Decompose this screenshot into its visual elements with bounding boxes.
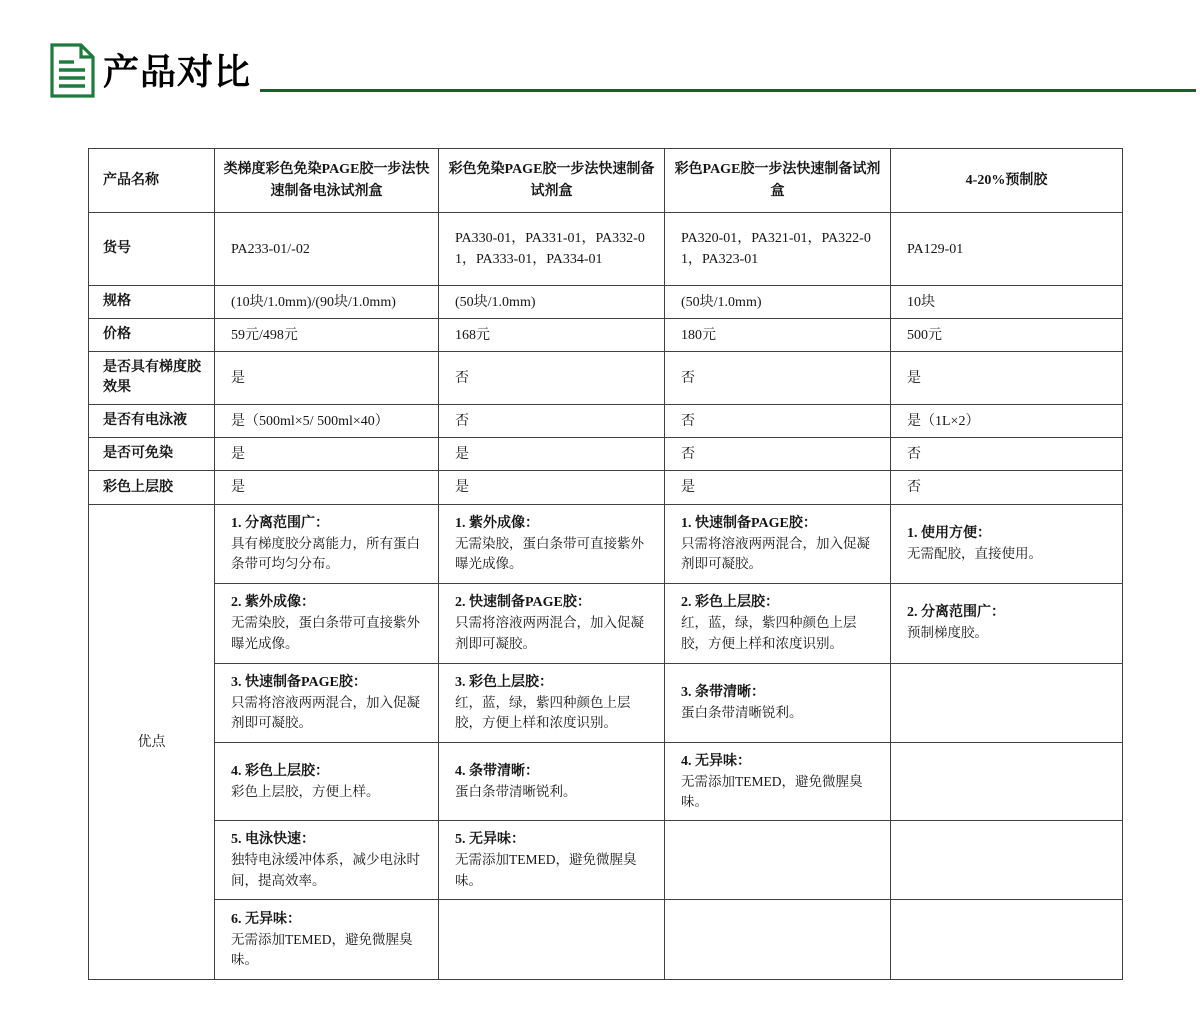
- cell-value: 59元/498元: [215, 319, 439, 352]
- advantage-title: 1. 使用方便：: [907, 523, 1110, 544]
- advantage-desc: 无需配胶，直接使用。: [907, 544, 1110, 564]
- cell-value: PA330-01，PA331-01，PA332-01，PA333-01，PA33…: [439, 213, 665, 286]
- advantage-title: 6. 无异味：: [231, 909, 426, 930]
- cell-value: (50块/1.0mm): [665, 286, 891, 319]
- row-label: 是否有电泳液: [89, 405, 215, 438]
- advantage-cell: 3. 彩色上层胶： 红，蓝，绿，紫四种颜色上层胶，方便上样和浓度识别。: [439, 663, 665, 742]
- advantage-title: 4. 无异味：: [681, 751, 878, 772]
- advantage-cell: 4. 彩色上层胶： 彩色上层胶，方便上样。: [215, 742, 439, 821]
- advantage-cell: [891, 663, 1123, 742]
- advantage-cell: 1. 快速制备PAGE胶： 只需将溶液两两混合，加入促凝剂即可凝胶。: [665, 505, 891, 584]
- advantage-title: 3. 彩色上层胶：: [455, 672, 652, 693]
- advantage-title: 2. 彩色上层胶：: [681, 592, 878, 613]
- advantage-desc: 只需将溶液两两混合，加入促凝剂即可凝胶。: [681, 534, 878, 575]
- advantage-desc: 彩色上层胶，方便上样。: [231, 782, 426, 802]
- advantage-cell: 3. 条带清晰： 蛋白条带清晰锐利。: [665, 663, 891, 742]
- advantage-title: 5. 无异味：: [455, 829, 652, 850]
- row-label: 货号: [89, 213, 215, 286]
- advantage-cell: 1. 使用方便： 无需配胶，直接使用。: [891, 505, 1123, 584]
- row-label: 是否具有梯度胶效果: [89, 352, 215, 405]
- row-label: 彩色上层胶: [89, 471, 215, 505]
- advantage-cell: 5. 无异味： 无需添加TEMED，避免微腥臭味。: [439, 821, 665, 900]
- advantage-row-3: 3. 快速制备PAGE胶： 只需将溶液两两混合，加入促凝剂即可凝胶。 3. 彩色…: [89, 663, 1123, 742]
- cell-value: 否: [439, 405, 665, 438]
- cell-value: 是: [439, 438, 665, 471]
- advantage-cell: 6. 无异味： 无需添加TEMED，避免微腥臭味。: [215, 900, 439, 980]
- column-header-product-1: 类梯度彩色免染PAGE胶一步法快速制备电泳试剂盒: [215, 149, 439, 213]
- row-label: 价格: [89, 319, 215, 352]
- cell-value: 是（1L×2）: [891, 405, 1123, 438]
- table-header-row: 产品名称 类梯度彩色免染PAGE胶一步法快速制备电泳试剂盒 彩色免染PAGE胶一…: [89, 149, 1123, 213]
- table-row-stain-free: 是否可免染 是 是 否 否: [89, 438, 1123, 471]
- advantage-cell: 5. 电泳快速： 独特电泳缓冲体系，减少电泳时间，提高效率。: [215, 821, 439, 900]
- advantage-desc: 无需染胶，蛋白条带可直接紫外曝光成像。: [455, 534, 652, 575]
- advantage-cell: 1. 紫外成像： 无需染胶，蛋白条带可直接紫外曝光成像。: [439, 505, 665, 584]
- advantage-desc: 预制梯度胶。: [907, 623, 1110, 643]
- advantage-row-5: 5. 电泳快速： 独特电泳缓冲体系，减少电泳时间，提高效率。 5. 无异味： 无…: [89, 821, 1123, 900]
- table-row-item-number: 货号 PA233-01/-02 PA330-01，PA331-01，PA332-…: [89, 213, 1123, 286]
- column-header-product-2: 彩色免染PAGE胶一步法快速制备试剂盒: [439, 149, 665, 213]
- advantages-label: 优点: [89, 505, 215, 980]
- advantage-desc: 只需将溶液两两混合，加入促凝剂即可凝胶。: [231, 693, 426, 734]
- advantage-title: 1. 紫外成像：: [455, 513, 652, 534]
- advantage-desc: 无需添加TEMED，避免微腥臭味。: [681, 772, 878, 813]
- cell-value: 180元: [665, 319, 891, 352]
- advantage-cell: [891, 900, 1123, 980]
- cell-value: (10块/1.0mm)/(90块/1.0mm): [215, 286, 439, 319]
- advantage-desc: 无需染胶，蛋白条带可直接紫外曝光成像。: [231, 613, 426, 654]
- cell-value: 是: [215, 352, 439, 405]
- advantage-desc: 蛋白条带清晰锐利。: [455, 782, 652, 802]
- advantage-desc: 无需添加TEMED，避免微腥臭味。: [455, 850, 652, 891]
- cell-value: 是: [215, 471, 439, 505]
- advantage-title: 4. 条带清晰：: [455, 761, 652, 782]
- advantage-cell: 2. 分离范围广： 预制梯度胶。: [891, 583, 1123, 663]
- advantage-row-1: 优点 1. 分离范围广： 具有梯度胶分离能力，所有蛋白条带可均匀分布。 1. 紫…: [89, 505, 1123, 584]
- advantage-desc: 红，蓝，绿，紫四种颜色上层胶，方便上样和浓度识别。: [681, 613, 878, 654]
- title-underline: [260, 89, 1196, 92]
- advantage-cell: 2. 彩色上层胶： 红，蓝，绿，紫四种颜色上层胶，方便上样和浓度识别。: [665, 583, 891, 663]
- cell-value: 否: [439, 352, 665, 405]
- column-header-product-name: 产品名称: [89, 149, 215, 213]
- advantage-cell: [891, 821, 1123, 900]
- advantage-cell: 4. 无异味： 无需添加TEMED，避免微腥臭味。: [665, 742, 891, 821]
- advantage-desc: 只需将溶液两两混合，加入促凝剂即可凝胶。: [455, 613, 652, 654]
- advantage-cell: 2. 紫外成像： 无需染胶，蛋白条带可直接紫外曝光成像。: [215, 583, 439, 663]
- advantage-desc: 独特电泳缓冲体系，减少电泳时间，提高效率。: [231, 850, 426, 891]
- advantage-cell: 3. 快速制备PAGE胶： 只需将溶液两两混合，加入促凝剂即可凝胶。: [215, 663, 439, 742]
- cell-value: 是: [215, 438, 439, 471]
- cell-value: (50块/1.0mm): [439, 286, 665, 319]
- cell-value: 是: [891, 352, 1123, 405]
- table-row-colored-stacking-gel: 彩色上层胶 是 是 是 否: [89, 471, 1123, 505]
- advantage-row-2: 2. 紫外成像： 无需染胶，蛋白条带可直接紫外曝光成像。 2. 快速制备PAGE…: [89, 583, 1123, 663]
- advantage-title: 5. 电泳快速：: [231, 829, 426, 850]
- cell-value: 是: [665, 471, 891, 505]
- document-icon: [48, 43, 96, 98]
- advantage-title: 3. 条带清晰：: [681, 682, 878, 703]
- cell-value: 10块: [891, 286, 1123, 319]
- advantage-desc: 红，蓝，绿，紫四种颜色上层胶，方便上样和浓度识别。: [455, 693, 652, 734]
- column-header-product-3: 彩色PAGE胶一步法快速制备试剂盒: [665, 149, 891, 213]
- advantage-row-6: 6. 无异味： 无需添加TEMED，避免微腥臭味。: [89, 900, 1123, 980]
- advantage-desc: 具有梯度胶分离能力，所有蛋白条带可均匀分布。: [231, 534, 426, 575]
- advantage-desc: 蛋白条带清晰锐利。: [681, 703, 878, 723]
- cell-value: 168元: [439, 319, 665, 352]
- column-header-product-4: 4-20%预制胶: [891, 149, 1123, 213]
- cell-value: 否: [665, 352, 891, 405]
- cell-value: 否: [665, 405, 891, 438]
- cell-value: PA233-01/-02: [215, 213, 439, 286]
- product-comparison-table: 产品名称 类梯度彩色免染PAGE胶一步法快速制备电泳试剂盒 彩色免染PAGE胶一…: [88, 148, 1123, 980]
- table-row-gradient-effect: 是否具有梯度胶效果 是 否 否 是: [89, 352, 1123, 405]
- advantage-cell: 4. 条带清晰： 蛋白条带清晰锐利。: [439, 742, 665, 821]
- cell-value: 500元: [891, 319, 1123, 352]
- cell-value: 否: [891, 471, 1123, 505]
- cell-value: 否: [665, 438, 891, 471]
- advantage-cell: [665, 900, 891, 980]
- cell-value: PA129-01: [891, 213, 1123, 286]
- table-row-spec: 规格 (10块/1.0mm)/(90块/1.0mm) (50块/1.0mm) (…: [89, 286, 1123, 319]
- advantage-cell: 2. 快速制备PAGE胶： 只需将溶液两两混合，加入促凝剂即可凝胶。: [439, 583, 665, 663]
- advantage-cell: [891, 742, 1123, 821]
- table-row-price: 价格 59元/498元 168元 180元 500元: [89, 319, 1123, 352]
- row-label: 规格: [89, 286, 215, 319]
- advantage-title: 1. 快速制备PAGE胶：: [681, 513, 878, 534]
- cell-value: 是: [439, 471, 665, 505]
- page-title: 产品对比: [103, 52, 251, 92]
- advantage-cell: [665, 821, 891, 900]
- cell-value: 是（500ml×5/ 500ml×40）: [215, 405, 439, 438]
- advantage-title: 2. 分离范围广：: [907, 602, 1110, 623]
- advantage-row-4: 4. 彩色上层胶： 彩色上层胶，方便上样。 4. 条带清晰： 蛋白条带清晰锐利。…: [89, 742, 1123, 821]
- advantage-title: 2. 快速制备PAGE胶：: [455, 592, 652, 613]
- advantage-cell: 1. 分离范围广： 具有梯度胶分离能力，所有蛋白条带可均匀分布。: [215, 505, 439, 584]
- row-label: 是否可免染: [89, 438, 215, 471]
- table-row-running-buffer: 是否有电泳液 是（500ml×5/ 500ml×40） 否 否 是（1L×2）: [89, 405, 1123, 438]
- advantage-title: 4. 彩色上层胶：: [231, 761, 426, 782]
- advantage-title: 3. 快速制备PAGE胶：: [231, 672, 426, 693]
- advantage-desc: 无需添加TEMED，避免微腥臭味。: [231, 930, 426, 971]
- cell-value: PA320-01，PA321-01，PA322-01，PA323-01: [665, 213, 891, 286]
- page: 产品对比 产品名称 类梯度彩色免染PAGE胶一步法快速制备电泳试剂盒 彩色免染P…: [0, 0, 1200, 1022]
- advantage-title: 1. 分离范围广：: [231, 513, 426, 534]
- cell-value: 否: [891, 438, 1123, 471]
- advantage-cell: [439, 900, 665, 980]
- advantage-title: 2. 紫外成像：: [231, 592, 426, 613]
